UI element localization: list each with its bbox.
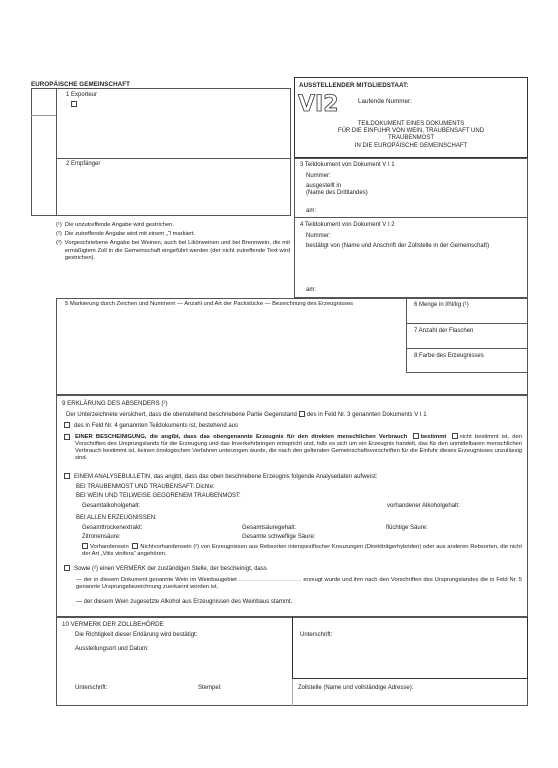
note-line-1: — der in diesem Dokument genannte Wein i…: [76, 577, 522, 591]
footnote-mark: (²): [56, 231, 62, 238]
wine-region-field[interactable]: .......................................: [239, 577, 302, 583]
presence-label: Vorhandensein: [90, 544, 129, 550]
not-determined-checkbox[interactable]: [452, 433, 458, 439]
box2-recipient-label: 2 Empfänger: [66, 161, 100, 168]
option-field4-text: des in Feld Nr. 4 genannten Teildokument…: [74, 423, 238, 429]
exporter-field[interactable]: [60, 110, 285, 155]
box8-color-field[interactable]: [410, 361, 524, 372]
box9-intro: Der Unterzeichnete versichert, dass die …: [66, 411, 427, 419]
box6-7-divider: [406, 323, 528, 324]
all-products-label: BEI ALLEN ERZEUGNISSEN:: [76, 515, 157, 522]
box9-intro-b: des in Feld Nr. 3 genannten Dokuments V …: [307, 412, 427, 418]
footnote-text: Vorgeschriebene Angabe bei Weinen, auch …: [65, 240, 290, 262]
box4-input-area[interactable]: [306, 258, 520, 284]
box10-heading: 10 VERMERK DER ZOLLBEHÖRDE: [62, 621, 164, 628]
left-margin-divider: [56, 88, 57, 216]
total-alcohol-label: Gesamtalkoholgehalt:: [82, 503, 140, 510]
absence-checkbox[interactable]: [132, 543, 138, 549]
wine-partial-label: BEI WEIN UND TEILWEISE GEGORENEM TRAUBEN…: [76, 493, 241, 500]
analysis-checkbox[interactable]: [64, 473, 70, 479]
box1-box2-divider: [56, 158, 291, 159]
footnote-mark: (³): [56, 240, 62, 262]
certificate-lead: EINER BESCHEINIGUNG, die angibt, dass da…: [75, 434, 407, 440]
box5-label: 5 Markierung durch Zeichen und Nummern —…: [65, 301, 400, 308]
absence-label: Nichtvorhandensein (²) von Erzeugnissen …: [82, 544, 522, 557]
box4-number-label: Nummer:: [306, 233, 331, 240]
box8-label: 8 Farbe des Erzeugnisses: [414, 353, 484, 360]
signature-right-label: Unterschrift:: [300, 632, 332, 639]
footnote-2: (²) Die zutreffende Angabe wird mit eine…: [56, 231, 290, 238]
presence-checkbox[interactable]: [82, 543, 88, 549]
footnotes: (¹) Die unzutreffende Angabe wird gestri…: [56, 222, 290, 262]
determined-checkbox[interactable]: [413, 433, 419, 439]
customs-office-label: Zollstelle (Name und vollständige Adress…: [298, 685, 413, 692]
box5-input-area[interactable]: [62, 318, 402, 390]
signature-field[interactable]: [298, 642, 522, 674]
box7-8-divider: [406, 348, 528, 349]
footnote-mark: (¹): [56, 222, 62, 229]
field3-checkbox[interactable]: [299, 411, 305, 417]
serial-number-label: Laufende Nummer:: [358, 98, 412, 106]
analysis-text: EINEM ANALYSEBULLETIN, das angibt, dass …: [74, 474, 377, 480]
document-title-line: FÜR DIE EINFUHR VON WEIN, TRAUBENSAFT UN…: [296, 128, 526, 135]
confirmed-label: Die Richtigkeit dieser Erklärung wird be…: [75, 632, 197, 639]
place-date-label: Ausstellungsort und Datum:: [75, 646, 149, 653]
box3-label: 3 Teildokument von Dokument V I 1: [300, 162, 395, 169]
option-field4: des in Feld Nr. 4 genannten Teildokument…: [64, 422, 238, 430]
document-title-line: TRAUBENMOST: [296, 135, 526, 142]
margin-tick: [31, 115, 56, 116]
box3-input-area[interactable]: [340, 171, 520, 211]
serial-number-field[interactable]: [410, 96, 522, 106]
field4-checkbox[interactable]: [64, 422, 70, 428]
box1-exporter-label: 1 Exporteur: [66, 92, 97, 99]
actual-alcohol-label: vorhandener Alkoholgehalt:: [387, 503, 460, 510]
note-line1-a: — der in diesem Dokument genannte Wein i…: [76, 577, 237, 583]
box7-bottles-field[interactable]: [410, 336, 524, 347]
citric-acid-label: Zitronensäure:: [82, 534, 121, 541]
footnote-text: Die zutreffende Angabe wird mit einem „ד…: [65, 231, 195, 238]
box3-box4-divider: [294, 217, 528, 218]
hybrid-statement: Vorhandensein Nichtvorhandensein (²) von…: [82, 543, 522, 558]
issuing-state-label: AUSSTELLENDER MITGLIEDSTAAT:: [299, 82, 408, 89]
box7-label: 7 Anzahl der Flaschen: [414, 328, 473, 335]
note-intro: Sowie (²) einen VERMERK der zuständigen …: [74, 566, 267, 572]
footnote-1: (¹) Die unzutreffende Angabe wird gestri…: [56, 222, 290, 229]
document-code: VI2: [298, 92, 339, 118]
footnote-3: (³) Vorgeschriebene Angabe bei Weinen, a…: [56, 240, 290, 262]
total-acidity-label: Gesamtsäuregehalt:: [242, 525, 296, 532]
box3-date-label: am:: [306, 208, 316, 215]
signature-label: Unterschrift:: [75, 685, 107, 692]
determined-label: bestimmt: [421, 434, 447, 440]
document-title-line: IN DIE EUROPÄISCHE GEMEINSCHAFT: [296, 143, 526, 150]
document-title: TEILDOKUMENT EINES DOKUMENTS FÜR DIE EIN…: [296, 121, 526, 150]
volatile-acidity-label: flüchtige Säure:: [386, 525, 428, 532]
note-checkbox[interactable]: [64, 565, 70, 571]
certificate-text: EINER BESCHEINIGUNG, die angibt, dass da…: [75, 433, 522, 462]
total-sulphur-label: Gesamte schweflige Säure:: [242, 534, 315, 541]
note-option: Sowie (²) einen VERMERK der zuständigen …: [64, 565, 267, 573]
box9-heading: 9 ERKLÄRUNG DES ABSENDERS (²): [62, 400, 168, 407]
recipient-field[interactable]: [60, 170, 285, 214]
certificate-checkbox[interactable]: [64, 434, 70, 440]
exporter-checkbox[interactable]: [71, 101, 77, 107]
place-date-field[interactable]: [150, 644, 288, 654]
stamp-label: Stempel:: [198, 685, 222, 692]
customs-office-field[interactable]: [298, 693, 522, 704]
box10-lower-divider: [292, 679, 293, 706]
box3-number-label: Nummer:: [306, 173, 331, 180]
box4-confirmed-by-label: bestätigt von (Name und Anschrift der Zo…: [306, 243, 524, 250]
box9-intro-a: Der Unterzeichnete versichert, dass die …: [66, 412, 297, 418]
analysis-option: EINEM ANALYSEBULLETIN, das angibt, dass …: [64, 473, 377, 481]
box4-label: 4 Teildokument von Dokument V I 2: [300, 222, 395, 229]
footnote-text: Die unzutreffende Angabe wird gestrichen…: [65, 222, 174, 229]
box6-quantity-field[interactable]: [410, 310, 524, 321]
box4-date-label: am:: [306, 287, 316, 294]
note-line-2: — der diesem Wein zugesetzte Alkohol aus…: [76, 599, 292, 606]
must-juice-label: BEI TRAUBENMOST UND TRAUBENSAFT: Dichte:: [76, 484, 215, 491]
box6-label: 6 Menge in l/hl/kg (¹): [414, 302, 469, 309]
dry-extract-label: Gesamttrockenextrakt:: [82, 525, 142, 532]
